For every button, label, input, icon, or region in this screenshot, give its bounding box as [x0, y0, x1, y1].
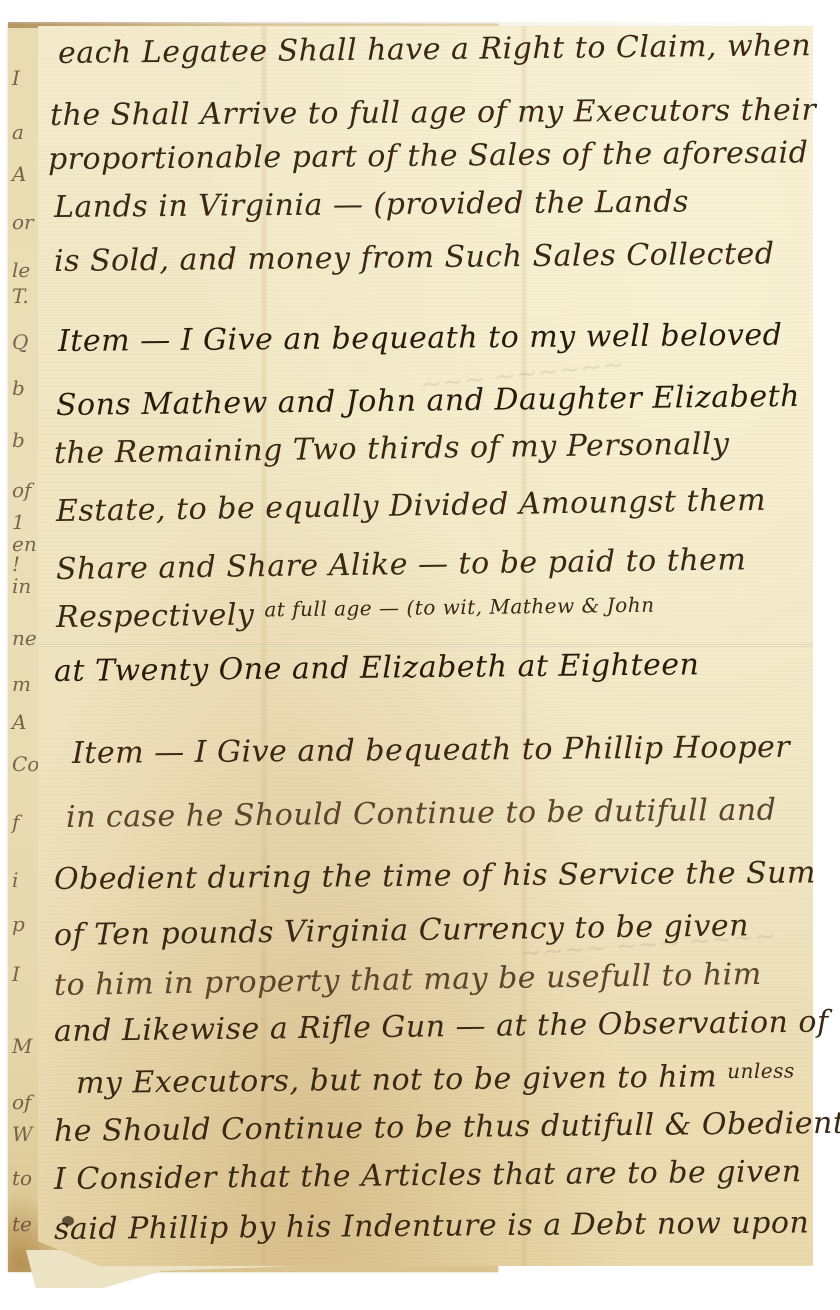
text-line: of Ten pounds Virginia Currency to be gi…	[54, 908, 749, 953]
text-line: Estate, to be equally Divided Amoungst t…	[56, 483, 767, 529]
text-line: Item — I Give and bequeath to Phillip Ho…	[72, 730, 790, 771]
ink-blot	[62, 1216, 74, 1226]
text-line: is Sold, and money from Such Sales Colle…	[54, 236, 775, 279]
text-line: in case he Should Continue to be dutiful…	[66, 793, 777, 835]
text-line: said Phillip by his Indenture is a Debt …	[54, 1205, 810, 1247]
text-segment: Respectively	[56, 598, 255, 635]
text-line: he Should Continue to be thus dutifull &…	[54, 1106, 840, 1149]
text-line: the Remaining Two thirds of my Personall…	[54, 427, 730, 471]
text-line: I Consider that the Articles that are to…	[54, 1154, 802, 1197]
handwritten-text: each Legatee Shall have a Right to Claim…	[0, 0, 840, 1310]
interlinear-note: at full age — (to wit, Mathew & John	[264, 593, 654, 622]
text-line: Sons Mathew and John and Daughter Elizab…	[56, 379, 800, 423]
text-line: Obedient during the time of his Service …	[54, 855, 816, 897]
text-line: Respectively at full age — (to wit, Math…	[56, 593, 655, 635]
text-segment: my Executors, but not to be given to him	[76, 1059, 718, 1101]
text-line: each Legatee Shall have a Right to Claim…	[58, 28, 811, 71]
text-line: proportionable part of the Sales of the …	[48, 135, 809, 177]
text-line: Lands in Virginia — (provided the Lands	[54, 184, 689, 225]
interlinear-note: unless	[727, 1058, 795, 1083]
text-line: my Executors, but not to be given to him…	[76, 1058, 795, 1101]
text-line: the Shall Arrive to full age of my Execu…	[50, 93, 817, 133]
text-line: Share and Share Alike — to be paid to th…	[56, 542, 747, 587]
text-line: and Likewise a Rifle Gun — at the Observ…	[54, 1005, 829, 1049]
text-line: Item — I Give an bequeath to my well bel…	[58, 318, 783, 359]
text-line: at Twenty One and Elizabeth at Eighteen	[54, 647, 700, 689]
text-line: to him in property that may be usefull t…	[54, 957, 762, 1003]
